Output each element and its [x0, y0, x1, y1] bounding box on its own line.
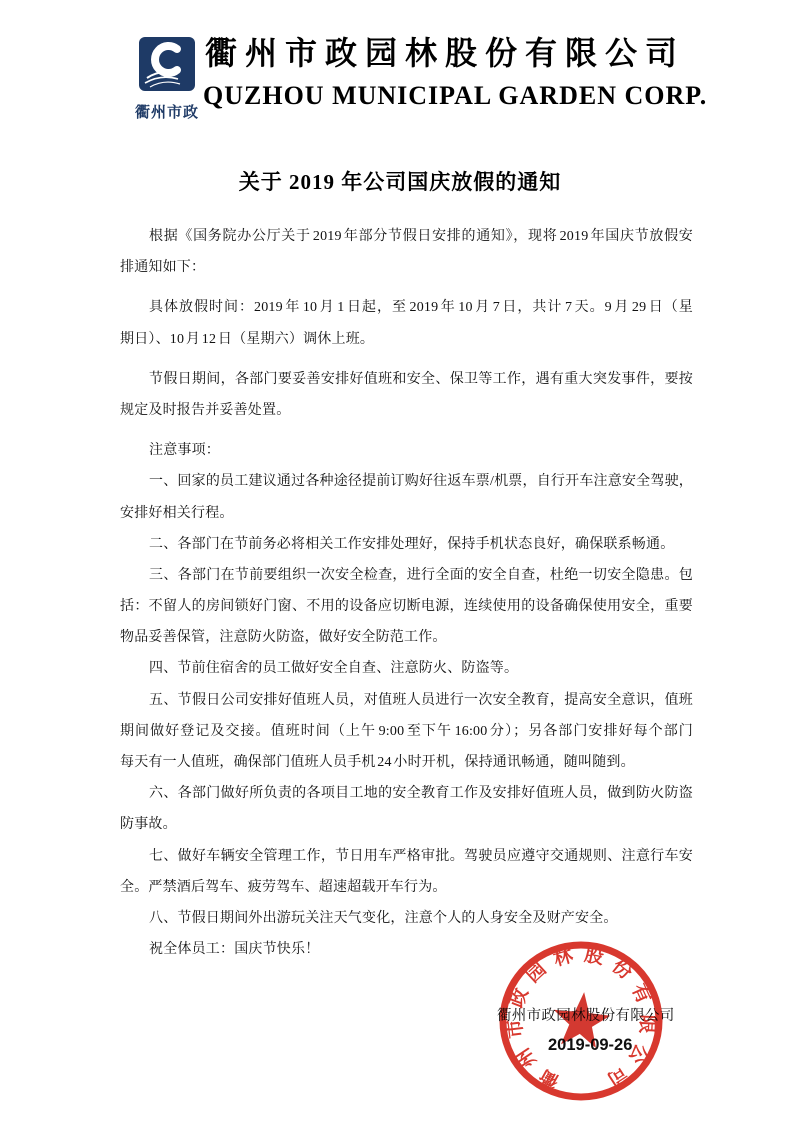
body-line: 括：不留人的房间锁好门窗、不用的设备应切断电源，连续使用的设备确保使用安全，重要	[120, 591, 693, 622]
body-line: 全。严禁酒后驾车、疲劳驾车、超速超载开车行为。	[120, 872, 693, 903]
body-line: 每天有一人值班，确保部门值班人员手机 24 小时开机，保持通讯畅通，随叫随到。	[120, 747, 693, 778]
seal-star	[550, 989, 612, 1049]
body-line: 一、回家的员工建议通过各种途径提前订购好往返车票/机票，自行开车注意安全驾驶，	[120, 466, 693, 497]
company-seal: 衢州市政园林股份有限公司	[496, 940, 666, 1106]
body-line: 防事故。	[120, 809, 693, 840]
document-page: 衢州市政 衢州市政园林股份有限公司 QUZHOU MUNICIPAL GARDE…	[0, 0, 800, 1131]
company-logo: 衢州市政	[135, 36, 199, 122]
body-line: 四、节前住宿舍的员工做好安全自查、注意防火、防盗等。	[120, 653, 693, 684]
company-name-zh: 衢州市政园林股份有限公司	[203, 33, 687, 73]
company-name-en: QUZHOU MUNICIPAL GARDEN CORP.	[203, 81, 687, 111]
body-line: 节假日期间，各部门要妥善安排好值班和安全、保卫等工作，遇有重大突发事件，要按	[120, 364, 693, 395]
body-line: 安排好相关行程。	[120, 498, 693, 529]
body-line: 八、节假日期间外出游玩关注天气变化，注意个人的人身安全及财产安全。	[120, 903, 693, 934]
body-line: 六、各部门做好所负责的各项目工地的安全教育工作及安排好值班人员，做到防火防盗	[120, 778, 693, 809]
body-line: 具体放假时间：2019 年 10 月 1 日起，至 2019 年 10 月 7 …	[120, 292, 693, 323]
body-line: 注意事项：	[120, 435, 693, 466]
body-line: 排通知如下：	[120, 252, 693, 283]
notice-body: 根据《国务院办公厅关于 2019 年部分节假日安排的通知》，现将 2019 年国…	[120, 221, 693, 965]
body-line: 期日）、10 月 12 日（星期六）调休上班。	[120, 324, 693, 355]
notice-title: 关于 2019 年公司国庆放假的通知	[0, 166, 800, 198]
body-line: 七、做好车辆安全管理工作，节日用车严格审批。驾驶员应遵守交通规则、注意行车安	[120, 841, 693, 872]
letterhead: 衢州市政 衢州市政园林股份有限公司 QUZHOU MUNICIPAL GARDE…	[0, 0, 800, 140]
body-line: 三、各部门在节前要组织一次安全检查，进行全面的安全自查，杜绝一切安全隐患。包	[120, 560, 693, 591]
logo-wordmark: 衢州市政	[135, 101, 199, 122]
wave-c-logo-icon	[138, 36, 196, 92]
body-line: 二、各部门在节前务必将相关工作安排处理好，保持手机状态良好，确保联系畅通。	[120, 529, 693, 560]
body-line: 根据《国务院办公厅关于 2019 年部分节假日安排的通知》，现将 2019 年国…	[120, 221, 693, 252]
body-line: 物品妥善保管，注意防火防盗，做好安全防范工作。	[120, 622, 693, 653]
body-line: 期间做好登记及交接。值班时间（上午 9:00 至下午 16:00 分）；另各部门…	[120, 716, 693, 747]
body-line: 规定及时报告并妥善处置。	[120, 395, 693, 426]
company-name-block: 衢州市政园林股份有限公司 QUZHOU MUNICIPAL GARDEN COR…	[203, 33, 687, 111]
body-line: 五、节假日公司安排好值班人员，对值班人员进行一次安全教育，提高安全意识，值班	[120, 685, 693, 716]
